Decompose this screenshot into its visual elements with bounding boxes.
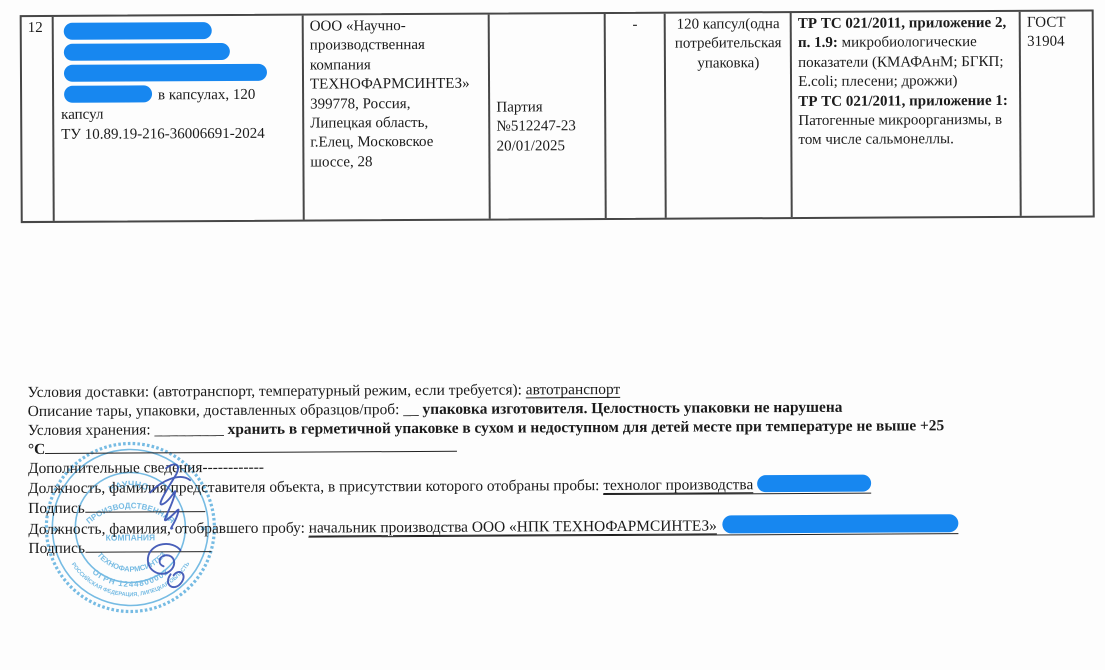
- redaction-bar: [64, 43, 230, 61]
- packaging-label: Описание тары, упаковки, доставленных об…: [28, 401, 423, 420]
- manufacturer-cell: ООО «Научно- производственная компания Т…: [304, 15, 491, 220]
- manufacturer-line: шоссе, 28: [310, 152, 483, 172]
- gost-number: 31904: [1027, 33, 1087, 53]
- signature-1: [160, 464, 178, 528]
- redaction-bar: [64, 22, 212, 40]
- batch-number: №512247-23: [496, 117, 599, 137]
- manufacturer-line: Липецкая область,: [310, 114, 483, 134]
- manufacturer-line: ООО «Научно-: [310, 17, 483, 37]
- redaction-bar: [64, 64, 267, 82]
- manufacturer-line: 399778, Россия,: [310, 94, 483, 114]
- signature2-label: Подпись: [28, 540, 85, 557]
- requirements-cell: ТР ТС 021/2011, приложение 2, п. 1.9: ми…: [792, 12, 1022, 217]
- storage-degrees: °С: [28, 441, 45, 458]
- signature-2: [148, 544, 181, 574]
- product-line-capsules: в капсулах, 120: [61, 85, 297, 107]
- quantity-line: упаковка): [672, 54, 786, 74]
- delivery-label: Условия доставки: (автотранспорт, темпер…: [28, 381, 526, 401]
- batch-date: 20/01/2025: [497, 137, 600, 157]
- redaction-bar: [64, 85, 152, 102]
- gost-line: ГОСТ: [1027, 13, 1087, 33]
- manufacturer-line: г.Елец, Московское: [310, 133, 483, 153]
- product-cell: в капсулах, 120 капсул ТУ 10.89.19-216-3…: [54, 16, 305, 221]
- empty-dash-cell: -: [605, 14, 666, 218]
- sampler-value: начальник производства ООО «НПК ТЕХНОФАР…: [309, 517, 717, 536]
- requirement-body: Патогенные микроорганизмы, в том числе с…: [798, 112, 1002, 148]
- row-number: 12: [28, 20, 43, 36]
- product-tu-number: ТУ 10.89.19-216-36006691-2024: [61, 124, 297, 145]
- signature-2-tail: [168, 572, 184, 587]
- product-line2: капсул: [61, 105, 297, 126]
- manufacturer-line: компания: [310, 55, 483, 75]
- quantity-line: потребительская: [671, 34, 785, 54]
- quantity-cell: 120 капсул(одна потребительская упаковка…: [665, 13, 793, 218]
- standard-cell: ГОСТ 31904: [1021, 11, 1093, 215]
- storage-value: хранить в герметичной упаковке в сухом и…: [228, 417, 945, 438]
- redaction-bar: [722, 514, 958, 533]
- manufacturer-line: производственная: [310, 36, 483, 56]
- batch-line: Партия: [496, 98, 599, 118]
- quantity-line: 120 капсул(одна: [671, 15, 785, 35]
- blank-line: [45, 438, 457, 454]
- sampler-value-wrap: начальник производства ООО «НПК ТЕХНОФАР…: [309, 514, 958, 537]
- packaging-value: упаковка изготовителя. Целостность упако…: [422, 399, 842, 418]
- redaction-bar: [757, 475, 871, 493]
- row-number-cell: 12: [22, 17, 55, 221]
- representative-value-wrap: технолог производства: [603, 475, 871, 495]
- scanned-document-page: 12 в капсулах, 120 капсул ТУ 10.89.19-21…: [0, 0, 1105, 670]
- storage-label: Условия хранения: _________: [28, 421, 228, 439]
- representative-value: технолог производства: [603, 476, 753, 494]
- manufacturer-line: ТЕХНОФАРМСИНТЕЗ»: [310, 75, 483, 95]
- signature1-label: Подпись: [28, 500, 85, 517]
- delivery-value: автотранспорт: [526, 381, 620, 398]
- sample-table-row: 12 в капсулах, 120 капсул ТУ 10.89.19-21…: [20, 9, 1095, 223]
- product-suffix: в капсулах, 120: [158, 87, 255, 104]
- dash-placeholder: -: [632, 17, 637, 33]
- signature-ink-icon: [132, 458, 217, 604]
- document-content: 12 в капсулах, 120 капсул ТУ 10.89.19-21…: [0, 0, 1105, 670]
- requirement-title: ТР ТС 021/2011, приложение 1:: [798, 93, 1008, 110]
- batch-cell: Партия №512247-23 20/01/2025: [490, 14, 607, 219]
- representative-label: Должность, фамилия представителя объекта…: [28, 477, 603, 497]
